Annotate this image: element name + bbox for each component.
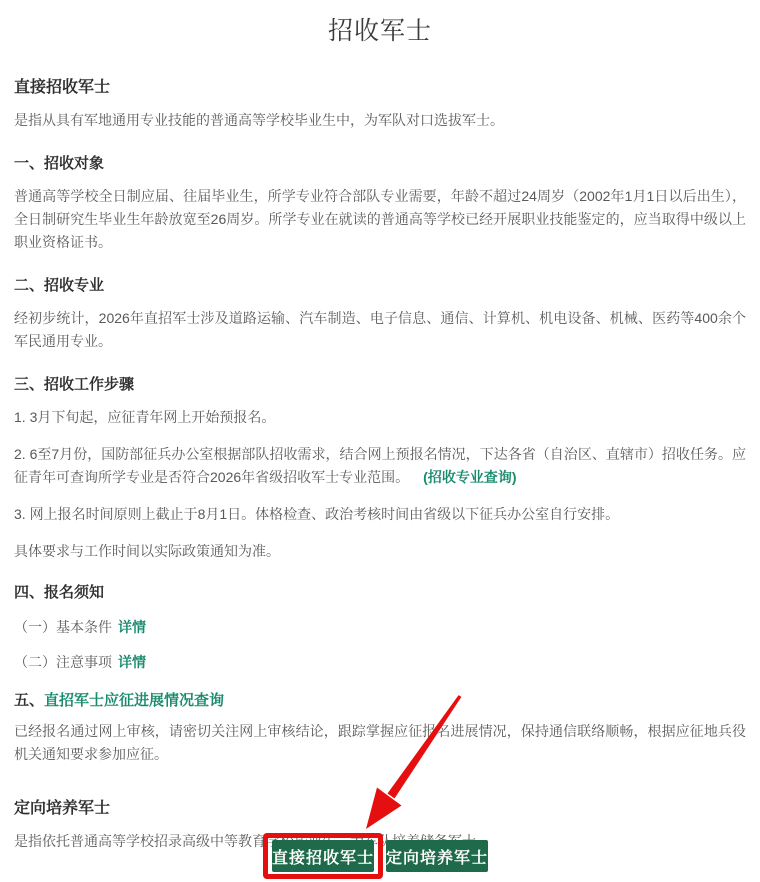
- progress-query-link[interactable]: 直招军士应征进展情况查询: [44, 692, 224, 709]
- heading-recruit-majors: 二、招收专业: [14, 274, 746, 295]
- heading-work-steps: 三、招收工作步骤: [14, 373, 746, 394]
- para-policy-note: 具体要求与工作时间以实际政策通知为准。: [14, 540, 746, 563]
- heading-application-notes: 四、报名须知: [14, 581, 746, 602]
- heading-progress-query: 五、直招军士应征进展情况查询: [14, 689, 746, 710]
- attention-details-link[interactable]: 详情: [118, 654, 146, 670]
- section-direct-recruit: 直接招收军士 是指从具有军地通用专业技能的普通高等学校毕业生中，为军队对口选拔军…: [14, 74, 746, 766]
- para-recruit-majors: 经初步统计，2026年直招军士涉及道路运输、汽车制造、电子信息、通信、计算机、机…: [14, 307, 746, 353]
- basic-conditions-label: （一）基本条件: [14, 619, 112, 635]
- para-progress-body: 已经报名通过网上审核，请密切关注网上审核结论，跟踪掌握应征报名进展情况，保持通信…: [14, 720, 746, 766]
- basic-conditions-details-link[interactable]: 详情: [118, 619, 146, 635]
- list-item-basic-conditions: （一）基本条件详情: [14, 616, 746, 639]
- para-step-2-text: 2. 6至7月份，国防部征兵办公室根据部队招收需求，结合网上预报名情况，下达各省…: [14, 446, 746, 485]
- para-step-3: 3. 网上报名时间原则上截止于8月1日。体格检查、政治考核时间由省级以下征兵办公…: [14, 503, 746, 526]
- para-recruit-targets: 普通高等学校全日制应届、往届毕业生，所学专业符合部队专业需要，年龄不超过24周岁…: [14, 185, 746, 254]
- major-query-link[interactable]: (招收专业查询): [423, 469, 516, 485]
- page-title: 招收军士: [14, 0, 746, 47]
- heading-direct-recruit: 直接招收军士: [14, 74, 746, 97]
- progress-query-number: 五、: [14, 692, 44, 709]
- article-page: 招收军士 直接招收军士 是指从具有军地通用专业技能的普通高等学校毕业生中，为军队…: [0, 0, 760, 882]
- list-item-attention: （二）注意事项详情: [14, 651, 746, 674]
- para-direct-intro: 是指从具有军地通用专业技能的普通高等学校毕业生中，为军队对口选拔军士。: [14, 109, 746, 132]
- direct-recruit-button-wrap: 直接招收军士: [272, 840, 374, 872]
- para-step-1: 1. 3月下旬起，应征青年网上开始预报名。: [14, 406, 746, 429]
- heading-targeted-cultivation: 定向培养军士: [14, 795, 746, 818]
- attention-label: （二）注意事项: [14, 654, 112, 670]
- targeted-cultivation-button[interactable]: 定向培养军士: [386, 840, 488, 872]
- para-step-2: 2. 6至7月份，国防部征兵办公室根据部队招收需求，结合网上预报名情况，下达各省…: [14, 443, 746, 489]
- heading-recruit-targets: 一、招收对象: [14, 152, 746, 173]
- button-row: 直接招收军士 定向培养军士: [0, 840, 760, 872]
- direct-recruit-button[interactable]: 直接招收军士: [272, 840, 374, 872]
